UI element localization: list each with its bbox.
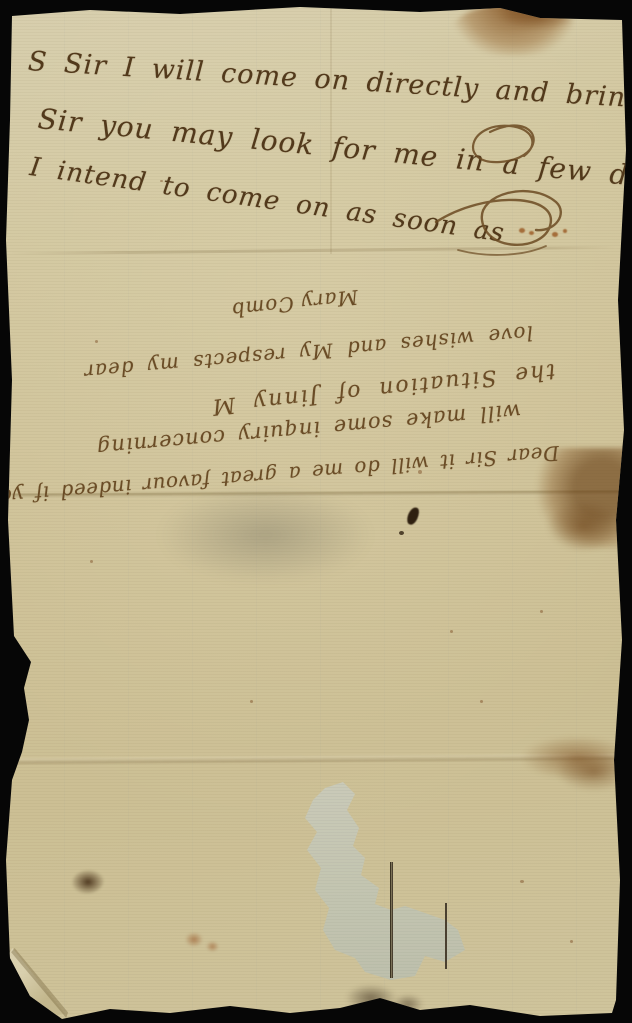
rust-spot [206,941,219,952]
handwriting-line-inverted: Dear Sir it will do me a great favour in… [0,441,560,510]
stain-top-edge-lobe [500,0,578,30]
ink-blot [405,506,420,526]
speckle [450,630,453,633]
speckle [90,560,93,563]
inverted-handwriting-block: Dear Sir it will do me a great favour in… [18,262,563,467]
bottom-edge-stain [392,994,424,1014]
handwriting-line-inverted signature: Mary Comb [230,285,360,322]
smudge-center [158,486,373,584]
speckle [520,880,524,883]
speckle [480,700,483,703]
bottom-edge-stain [345,984,397,1012]
fold-crease-lower [10,754,618,764]
scan-stage: S Sir I will come on directly and bring … [0,0,632,1023]
speckle [250,700,253,703]
rust-spot [185,932,203,947]
dark-spot-lower-left [72,870,104,894]
stain-top-edge [452,4,576,56]
pen-flourish [428,100,573,265]
stain-right-edge-lobe [546,500,620,552]
paper-damage-patch [295,780,470,980]
speckle [540,610,543,613]
stain-crease-right [522,736,632,780]
letter-paper: S Sir I will come on directly and bring … [0,0,632,1023]
ink-blot-dot [399,531,404,535]
speckle [570,940,573,943]
folded-corner-crease [10,948,68,1018]
stain-crease-right-lobe [556,752,632,792]
